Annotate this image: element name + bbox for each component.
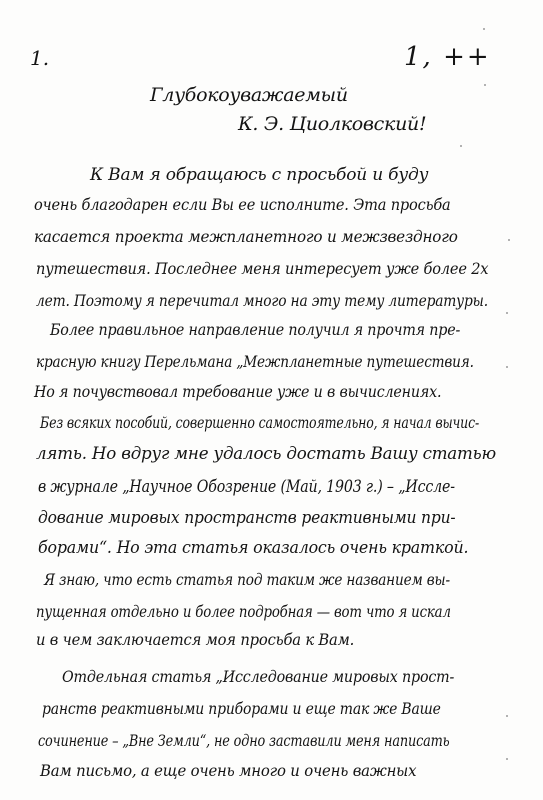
letter-line: касается проекта межпланетного и межзвез…	[34, 228, 458, 246]
letter-line: борами“. Но эта статья оказалось очень к…	[38, 538, 468, 557]
salutation-line: Глубокоуважаемый	[150, 84, 348, 106]
letter-line: Я знаю, что есть статья под таким же наз…	[44, 571, 450, 589]
scan-speck	[484, 84, 486, 86]
letter-line: лять. Но вдруг мне удалось достать Вашу …	[36, 444, 496, 464]
letter-line: красную книгу Перельмана „Межпланетные п…	[36, 353, 474, 371]
scan-speck	[506, 715, 508, 717]
letter-line: лет. Поэтому я перечитал много на эту те…	[36, 292, 488, 310]
salutation-addressee: К. Э. Циолковский!	[238, 113, 426, 135]
letter-line: в журнале „Научное Обозрение (Май, 1903 …	[38, 477, 455, 496]
scan-speck	[506, 758, 508, 760]
letter-line: пущенная отдельно и более подробная — во…	[36, 603, 451, 621]
scan-speck	[508, 239, 510, 241]
letter-line: Вам письмо, а еще очень много и очень ва…	[40, 762, 416, 780]
letter-line: Более правильное направление получил я п…	[50, 321, 460, 339]
scan-speck	[483, 28, 485, 30]
letter-line: и в чем заключается моя просьба к Вам.	[36, 631, 354, 649]
scan-speck	[506, 366, 508, 368]
scan-speck	[506, 312, 508, 314]
scan-speck	[460, 145, 462, 147]
page-number-right: 1, ++	[404, 42, 491, 72]
letter-line: очень благодарен если Вы ее исполните. Э…	[34, 196, 451, 214]
letter-line: ранств реактивными приборами и еще так ж…	[42, 700, 441, 718]
letter-line: Без всяких пособий, совершенно самостоят…	[40, 414, 479, 432]
letter-line: Отдельная статья „Исследование мировых п…	[62, 668, 454, 686]
page-number-left: 1.	[30, 46, 49, 70]
letter-line: путешествия. Последнее меня интересует у…	[36, 260, 488, 278]
letter-line: дование мировых пространств реактивными …	[38, 508, 455, 527]
letter-page: 1. 1, ++ Глубокоуважаемый К. Э. Циолковс…	[0, 0, 543, 800]
letter-line: К Вам я обращаюсь с просьбой и буду	[90, 165, 428, 185]
letter-line: Но я почувствовал требование уже и в выч…	[34, 383, 441, 401]
letter-line: сочинение – „Вне Земли“, не одно застави…	[38, 732, 449, 750]
